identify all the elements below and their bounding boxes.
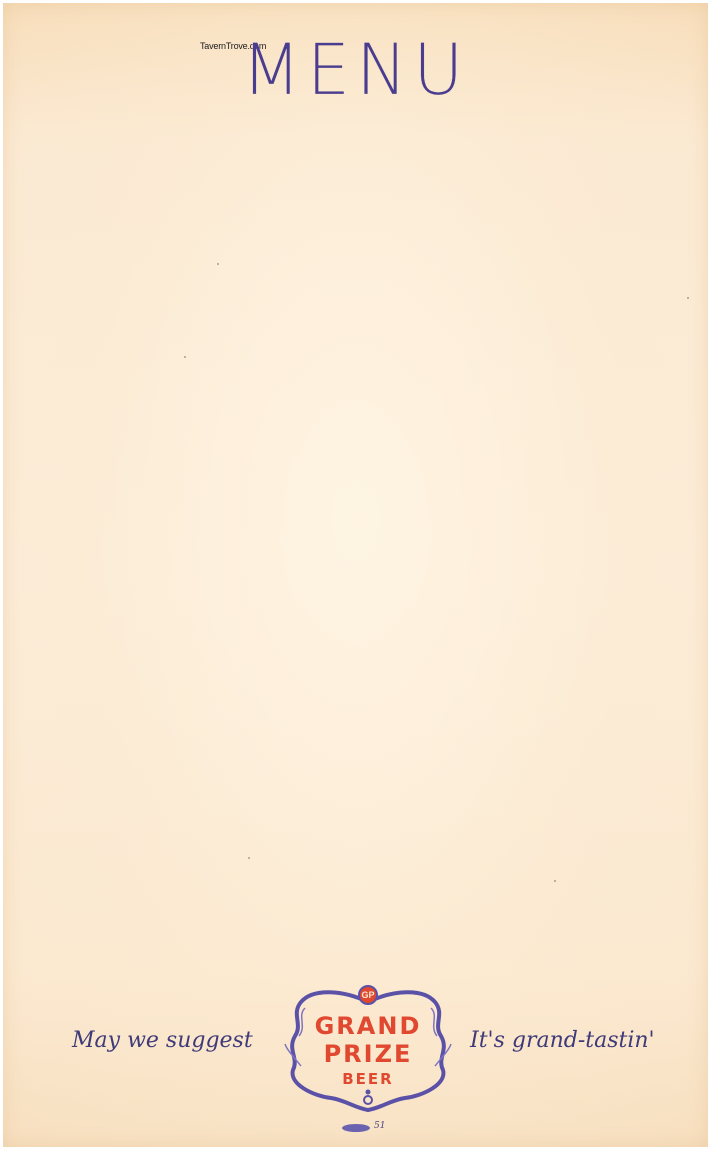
paper-speck: [217, 263, 219, 265]
menu-sheet: [3, 3, 708, 1147]
slogan-right: It's grand-tastin': [470, 1028, 655, 1053]
paper-speck: [248, 857, 250, 859]
gp-badge-icon: GP: [358, 985, 378, 1005]
print-code: 51: [374, 1121, 385, 1131]
paper-speck: [554, 880, 556, 882]
brand-line-beer: BEER: [283, 1070, 453, 1088]
union-bug-icon: [342, 1124, 370, 1132]
slogan-left: May we suggest: [72, 1028, 253, 1053]
brand-line-grand: GRAND: [283, 1012, 453, 1040]
brand-line-prize: PRIZE: [283, 1040, 453, 1068]
menu-title: MENU: [7, 32, 704, 108]
paper-speck: [687, 297, 689, 299]
grand-prize-logo: GP GRAND PRIZE BEER: [283, 980, 453, 1120]
paper-speck: [184, 356, 186, 358]
